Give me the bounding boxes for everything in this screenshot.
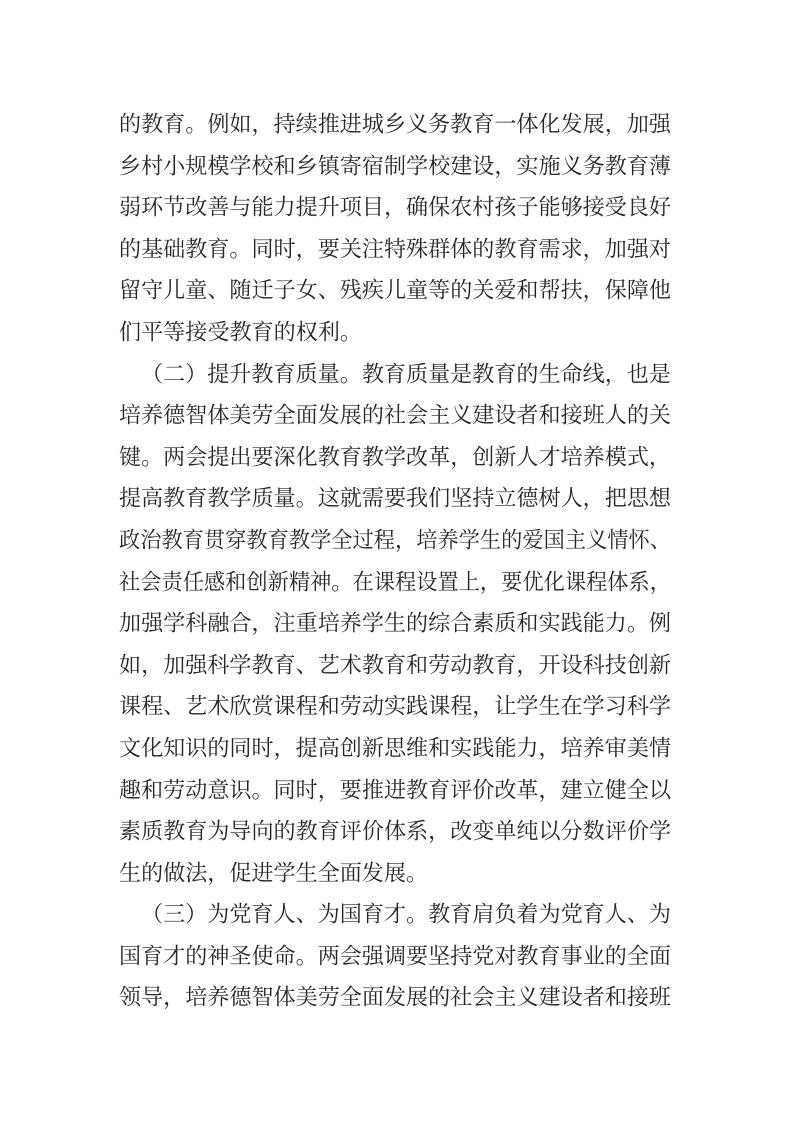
text-line-content: 留守儿童、随迁子女、残疾儿童等的关爱和帮扶，保障他 bbox=[119, 279, 671, 304]
document-page: 的教育。例如，持续推进城乡义务教育一体化发展，加强乡村小规模学校和乡镇寄宿制学校… bbox=[0, 0, 793, 1122]
text-line: 的教育。例如，持续推进城乡义务教育一体化发展，加强 bbox=[119, 104, 719, 146]
text-line: 课程、艺术欣赏课程和劳动实践课程，让学生在学习科学 bbox=[119, 686, 719, 728]
text-line: 素质教育为导向的教育评价体系，改变单纯以分数评价学 bbox=[119, 811, 719, 853]
document-body: 的教育。例如，持续推进城乡义务教育一体化发展，加强乡村小规模学校和乡镇寄宿制学校… bbox=[119, 104, 671, 1019]
text-line-content: 国育才的神圣使命。两会强调要坚持党对教育事业的全面 bbox=[119, 944, 671, 969]
text-line: 如，加强科学教育、艺术教育和劳动教育，开设科技创新 bbox=[119, 645, 719, 687]
text-line-content: 培养德智体美劳全面发展的社会主义建设者和接班人的关 bbox=[119, 403, 671, 428]
paragraph: （二）提升教育质量。教育质量是教育的生命线，也是培养德智体美劳全面发展的社会主义… bbox=[119, 354, 671, 895]
text-line: 留守儿童、随迁子女、残疾儿童等的关爱和帮扶，保障他 bbox=[119, 270, 719, 312]
text-line-content: 趣和劳动意识。同时，要推进教育评价改革，建立健全以 bbox=[119, 778, 672, 803]
text-line: 文化知识的同时，提高创新思维和实践能力，培养审美情 bbox=[119, 728, 719, 770]
text-line-content: （二）提升教育质量。教育质量是教育的生命线，也是 bbox=[141, 362, 671, 387]
text-line: 提高教育教学质量。这就需要我们坚持立德树人，把思想 bbox=[119, 478, 719, 520]
text-line: 们平等接受教育的权利。 bbox=[119, 312, 719, 354]
text-line-content: 的基础教育。同时，要关注特殊群体的教育需求，加强对 bbox=[119, 237, 671, 262]
paragraph: 的教育。例如，持续推进城乡义务教育一体化发展，加强乡村小规模学校和乡镇寄宿制学校… bbox=[119, 104, 671, 354]
text-line-content: 政治教育贯穿教育教学全过程，培养学生的爱国主义情怀、 bbox=[119, 528, 671, 553]
text-line-content: 领导，培养德智体美劳全面发展的社会主义建设者和接班 bbox=[119, 986, 671, 1011]
text-line-content: 提高教育教学质量。这就需要我们坚持立德树人，把思想 bbox=[119, 487, 672, 512]
text-line-content: 加强学科融合，注重培养学生的综合素质和实践能力。例 bbox=[119, 611, 671, 636]
text-line: 培养德智体美劳全面发展的社会主义建设者和接班人的关 bbox=[119, 395, 719, 437]
text-line: 乡村小规模学校和乡镇寄宿制学校建设，实施义务教育薄 bbox=[119, 146, 719, 188]
text-line: 趣和劳动意识。同时，要推进教育评价改革，建立健全以 bbox=[119, 770, 719, 812]
text-line-content: 如，加强科学教育、艺术教育和劳动教育，开设科技创新 bbox=[119, 653, 671, 678]
text-line: 领导，培养德智体美劳全面发展的社会主义建设者和接班 bbox=[119, 977, 719, 1019]
text-line: （二）提升教育质量。教育质量是教育的生命线，也是 bbox=[119, 354, 719, 396]
text-line: 加强学科融合，注重培养学生的综合素质和实践能力。例 bbox=[119, 603, 719, 645]
text-line-content: 课程、艺术欣赏课程和劳动实践课程，让学生在学习科学 bbox=[119, 695, 671, 720]
text-line-content: 素质教育为导向的教育评价体系，改变单纯以分数评价学 bbox=[119, 819, 671, 844]
text-line: 弱环节改善与能力提升项目，确保农村孩子能够接受良好 bbox=[119, 187, 719, 229]
text-line-content: 弱环节改善与能力提升项目，确保农村孩子能够接受良好 bbox=[119, 195, 671, 220]
text-line: 键。两会提出要深化教育教学改革，创新人才培养模式， bbox=[119, 437, 719, 479]
text-line-content: （三）为党育人、为国育才。教育肩负着为党育人、为 bbox=[141, 903, 671, 928]
text-line: 生的做法，促进学生全面发展。 bbox=[119, 853, 719, 895]
text-line-content: 社会责任感和创新精神。在课程设置上，要优化课程体系， bbox=[119, 570, 671, 595]
text-line: 政治教育贯穿教育教学全过程，培养学生的爱国主义情怀、 bbox=[119, 520, 719, 562]
paragraph: （三）为党育人、为国育才。教育肩负着为党育人、为国育才的神圣使命。两会强调要坚持… bbox=[119, 894, 671, 1019]
text-line-content: 们平等接受教育的权利。 bbox=[119, 320, 362, 345]
text-line-content: 乡村小规模学校和乡镇寄宿制学校建设，实施义务教育薄 bbox=[119, 154, 671, 179]
text-line-content: 生的做法，促进学生全面发展。 bbox=[119, 861, 428, 886]
text-line-content: 文化知识的同时，提高创新思维和实践能力，培养审美情 bbox=[119, 736, 671, 761]
text-line-content: 的教育。例如，持续推进城乡义务教育一体化发展，加强 bbox=[119, 112, 672, 137]
text-line: 社会责任感和创新精神。在课程设置上，要优化课程体系， bbox=[119, 562, 719, 604]
text-line: 的基础教育。同时，要关注特殊群体的教育需求，加强对 bbox=[119, 229, 719, 271]
text-line: 国育才的神圣使命。两会强调要坚持党对教育事业的全面 bbox=[119, 936, 719, 978]
text-line-content: 键。两会提出要深化教育教学改革，创新人才培养模式， bbox=[119, 445, 671, 470]
text-line: （三）为党育人、为国育才。教育肩负着为党育人、为 bbox=[119, 894, 719, 936]
